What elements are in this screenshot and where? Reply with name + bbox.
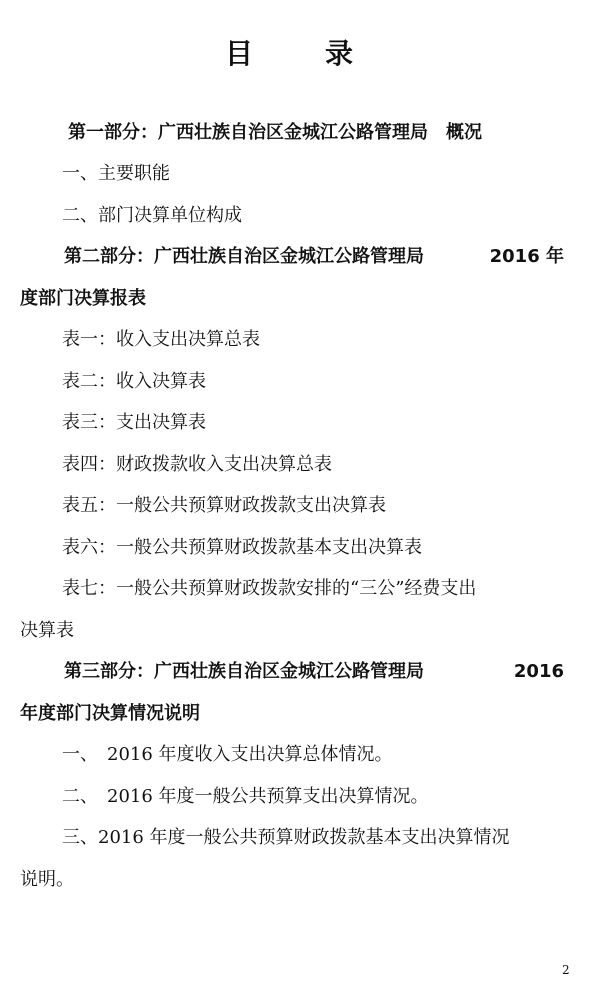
toc-item: 表六：一般公共预算财政拨款基本支出决算表 [62,537,422,559]
toc-item: 表五：一般公共预算财政拨款支出决算表 [62,495,386,517]
toc-item: 表四：财政拨款收入支出决算总表 [62,454,332,476]
part2-heading-line1: 第二部分：广西壮族自治区金城江公路管理局 2016 年 [64,246,564,268]
toc-item: 二、部门决算单位构成 [62,205,242,227]
part3-heading-line1: 第三部分：广西壮族自治区金城江公路管理局 2016 [64,661,564,683]
toc-item: 表一：收入支出决算总表 [62,329,260,351]
page-title: 目 录 [0,32,600,72]
part3-heading-left: 第三部分：广西壮族自治区金城江公路管理局 [64,661,424,683]
toc-item: 表三：支出决算表 [62,412,206,434]
toc-item-continued: 说明。 [20,869,74,891]
toc-item: 一、主要职能 [62,163,170,185]
toc-item: 表七：一般公共预算财政拨款安排的“三公”经费支出 [62,578,476,600]
part1-heading: 第一部分：广西壮族自治区金城江公路管理局 概况 [68,122,482,144]
page-number: 2 [562,963,570,977]
part2-heading-line2: 度部门决算报表 [20,288,146,310]
toc-item-continued: 决算表 [20,620,74,642]
toc-item: 表二：收入决算表 [62,371,206,393]
toc-item: 二、 2016 年度一般公共预算支出决算情况。 [62,786,429,808]
part3-heading-line2: 年度部门决算情况说明 [20,703,200,725]
part2-heading-right: 2016 年 [490,246,564,268]
part2-heading-left: 第二部分：广西壮族自治区金城江公路管理局 [64,246,424,268]
toc-item: 一、 2016 年度收入支出决算总体情况。 [62,744,393,766]
part3-heading-right: 2016 [514,661,564,683]
toc-item: 三、2016 年度一般公共预算财政拨款基本支出决算情况 [62,827,510,849]
